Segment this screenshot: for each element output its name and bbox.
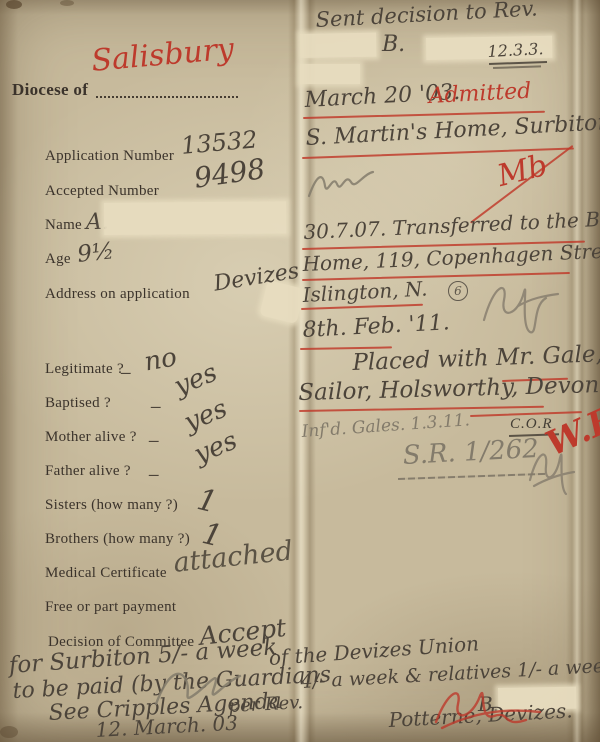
- name-redaction-patch: [104, 201, 286, 235]
- field-label-mother-alive: Mother alive ?: [45, 429, 137, 446]
- red-signature-scribble: [428, 682, 548, 732]
- red-underline: [299, 406, 544, 412]
- pencil-signature-scribble: [150, 662, 245, 710]
- note-placed-line2: Sailor, Holsworthy, Devon.: [298, 372, 600, 406]
- scanned-application-form: Diocese of Salisbury Application Number …: [0, 0, 600, 742]
- note-rev-initial: B.: [382, 32, 405, 57]
- field-value-sisters: 1: [194, 482, 221, 521]
- field-label-application-number: Application Number: [45, 148, 174, 165]
- answer-dash: ‒: [150, 396, 161, 417]
- field-value-medical-certificate: attached: [172, 535, 294, 578]
- field-label-legitimate: Legitimate ?: [45, 361, 124, 378]
- pencil-initials-scribble: [305, 166, 377, 202]
- note-transfer-line3: Islington, N.: [302, 276, 428, 307]
- note-transfer-line1: 30.7.07. Transferred to the Boys': [303, 205, 600, 244]
- redaction-patch: [300, 33, 376, 58]
- note-placed-date: 8th. Feb. '11.: [302, 310, 450, 343]
- ink-blot: [0, 726, 18, 738]
- answer-dash: ‒: [120, 362, 131, 383]
- ink-blot: [6, 0, 22, 9]
- note-sent-decision: Sent decision to Rev.: [315, 0, 538, 32]
- ink-blot: [60, 0, 74, 6]
- note-informed: Inf'd. Gales. 1.3.11.: [301, 410, 471, 442]
- field-label-sisters: Sisters (how many ?): [45, 497, 178, 514]
- diocese-label: Diocese of: [12, 80, 88, 100]
- diocese-dotted-line: [96, 84, 238, 98]
- red-initials-mid: Mb: [494, 148, 551, 194]
- circled-number: 6: [448, 281, 468, 301]
- field-label-baptised: Baptised ?: [45, 395, 111, 412]
- field-value-age: 9½: [76, 238, 115, 268]
- field-label-brothers: Brothers (how many ?): [45, 531, 190, 548]
- diocese-value-handwritten: Salisbury: [90, 32, 235, 79]
- answer-dash: ‒: [148, 464, 159, 485]
- note-date-code: 12.3.3.: [487, 39, 544, 61]
- field-label-free-or-part-payment: Free or part payment: [45, 599, 176, 616]
- field-label-age: Age: [45, 251, 71, 268]
- field-label-address: Address on application: [45, 286, 190, 303]
- date-code-underline2: [493, 65, 541, 69]
- field-label-medical-certificate: Medical Certificate: [45, 565, 167, 582]
- field-label-accepted-number: Accepted Number: [45, 183, 159, 200]
- answer-dash: ‒: [148, 430, 159, 451]
- note-admitted-word: Admitted: [428, 79, 532, 109]
- field-label-father-alive: Father alive ?: [45, 463, 131, 480]
- field-label-name: Name: [45, 217, 82, 234]
- note-register-ref: S.R. 1/262: [402, 434, 540, 471]
- redaction-patch: [300, 64, 360, 84]
- field-value-accepted-number: 9498: [192, 152, 267, 195]
- pencil-monogram-scribble: [474, 276, 564, 338]
